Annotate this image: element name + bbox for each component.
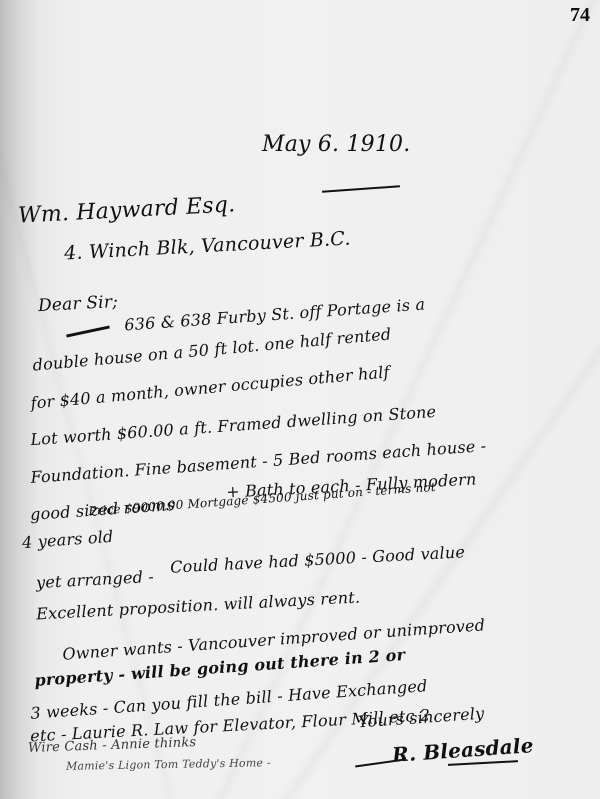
recipient-address: 4. Winch Blk, Vancouver B.C.: [64, 228, 351, 265]
page-number: 74: [570, 4, 590, 27]
salutation-underline: [66, 325, 110, 337]
body-line: yet arranged -: [36, 567, 155, 592]
body-line: Excellent proposition. will always rent.: [36, 588, 361, 624]
letter-date: May 6. 1910.: [262, 132, 410, 157]
recipient-name: Wm. Hayward Esq.: [17, 192, 235, 228]
date-underline: [322, 185, 400, 192]
salutation: Dear Sir;: [38, 292, 119, 316]
body-line: 4 years old: [21, 527, 114, 552]
body-line: Could have had $5000 - Good value: [170, 542, 466, 576]
postscript-line: Mamie's Ligon Tom Teddy's Home -: [66, 756, 271, 773]
body-line: Lot worth $60.00 a ft. Framed dwelling o…: [30, 402, 437, 449]
letter-page: 74 May 6. 1910. Wm. Hayward Esq. 4. Winc…: [0, 0, 600, 799]
